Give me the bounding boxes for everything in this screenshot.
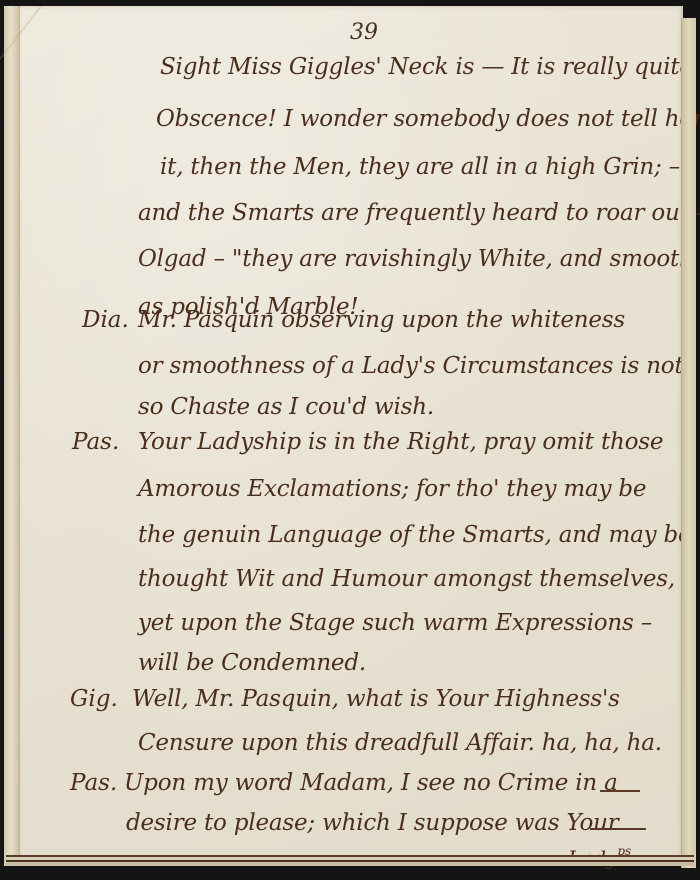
- book-binding-edge: [4, 6, 21, 866]
- manuscript-line-5: Olgad – "they are ravishingly White, and…: [138, 248, 694, 271]
- manuscript-line-14: yet upon the Stage such warm Expressions…: [138, 612, 652, 635]
- manuscript-line-17: Censure upon this dreadfull Affair. ha, …: [138, 732, 662, 755]
- line-filler-rule: [590, 828, 646, 830]
- page-number: 39: [350, 20, 378, 45]
- adjacent-page-edge: [681, 18, 696, 868]
- manuscript-line-9: so Chaste as I cou'd wish.: [138, 396, 434, 419]
- manuscript-line-8: or smoothness of a Lady's Circumstances …: [138, 355, 684, 378]
- manuscript-line-11: Amorous Exclamations; for tho' they may …: [138, 478, 646, 501]
- manuscript-line-12: the genuin Language of the Smarts, and m…: [138, 524, 691, 547]
- manuscript-page: 39 Sight Miss Giggles' Neck is — It is r…: [20, 6, 683, 866]
- speaker-label-gig: Gig.: [70, 688, 118, 711]
- manuscript-line-7: Mr. Pasquin observing upon the whiteness: [138, 309, 625, 332]
- line-filler-rule: [600, 790, 640, 792]
- manuscript-line-18: Upon my word Madam, I see no Crime in a: [124, 772, 618, 795]
- speaker-label-pas: Pas.: [72, 431, 119, 454]
- speaker-label-pas-2: Pas.: [70, 772, 117, 795]
- manuscript-line-1: Sight Miss Giggles' Neck is — It is real…: [160, 56, 693, 79]
- manuscript-line-13: thought Wit and Humour amongst themselve…: [138, 568, 675, 591]
- manuscript-line-16: Well, Mr. Pasquin, what is Your Highness…: [132, 688, 620, 711]
- manuscript-line-4: and the Smarts are frequently heard to r…: [138, 202, 700, 225]
- manuscript-line-10: Your Ladyship is in the Right, pray omit…: [138, 431, 663, 454]
- manuscript-line-2: Obscence! I wonder somebody does not tel…: [156, 108, 700, 131]
- manuscript-line-3: it, then the Men, they are all in a high…: [160, 156, 680, 179]
- page-bottom-edges: [6, 852, 694, 866]
- speaker-label-dia: Dia.: [82, 309, 129, 332]
- manuscript-line-15: will be Condemned.: [138, 652, 366, 675]
- manuscript-line-19: desire to please; which I suppose was Yo…: [126, 812, 619, 835]
